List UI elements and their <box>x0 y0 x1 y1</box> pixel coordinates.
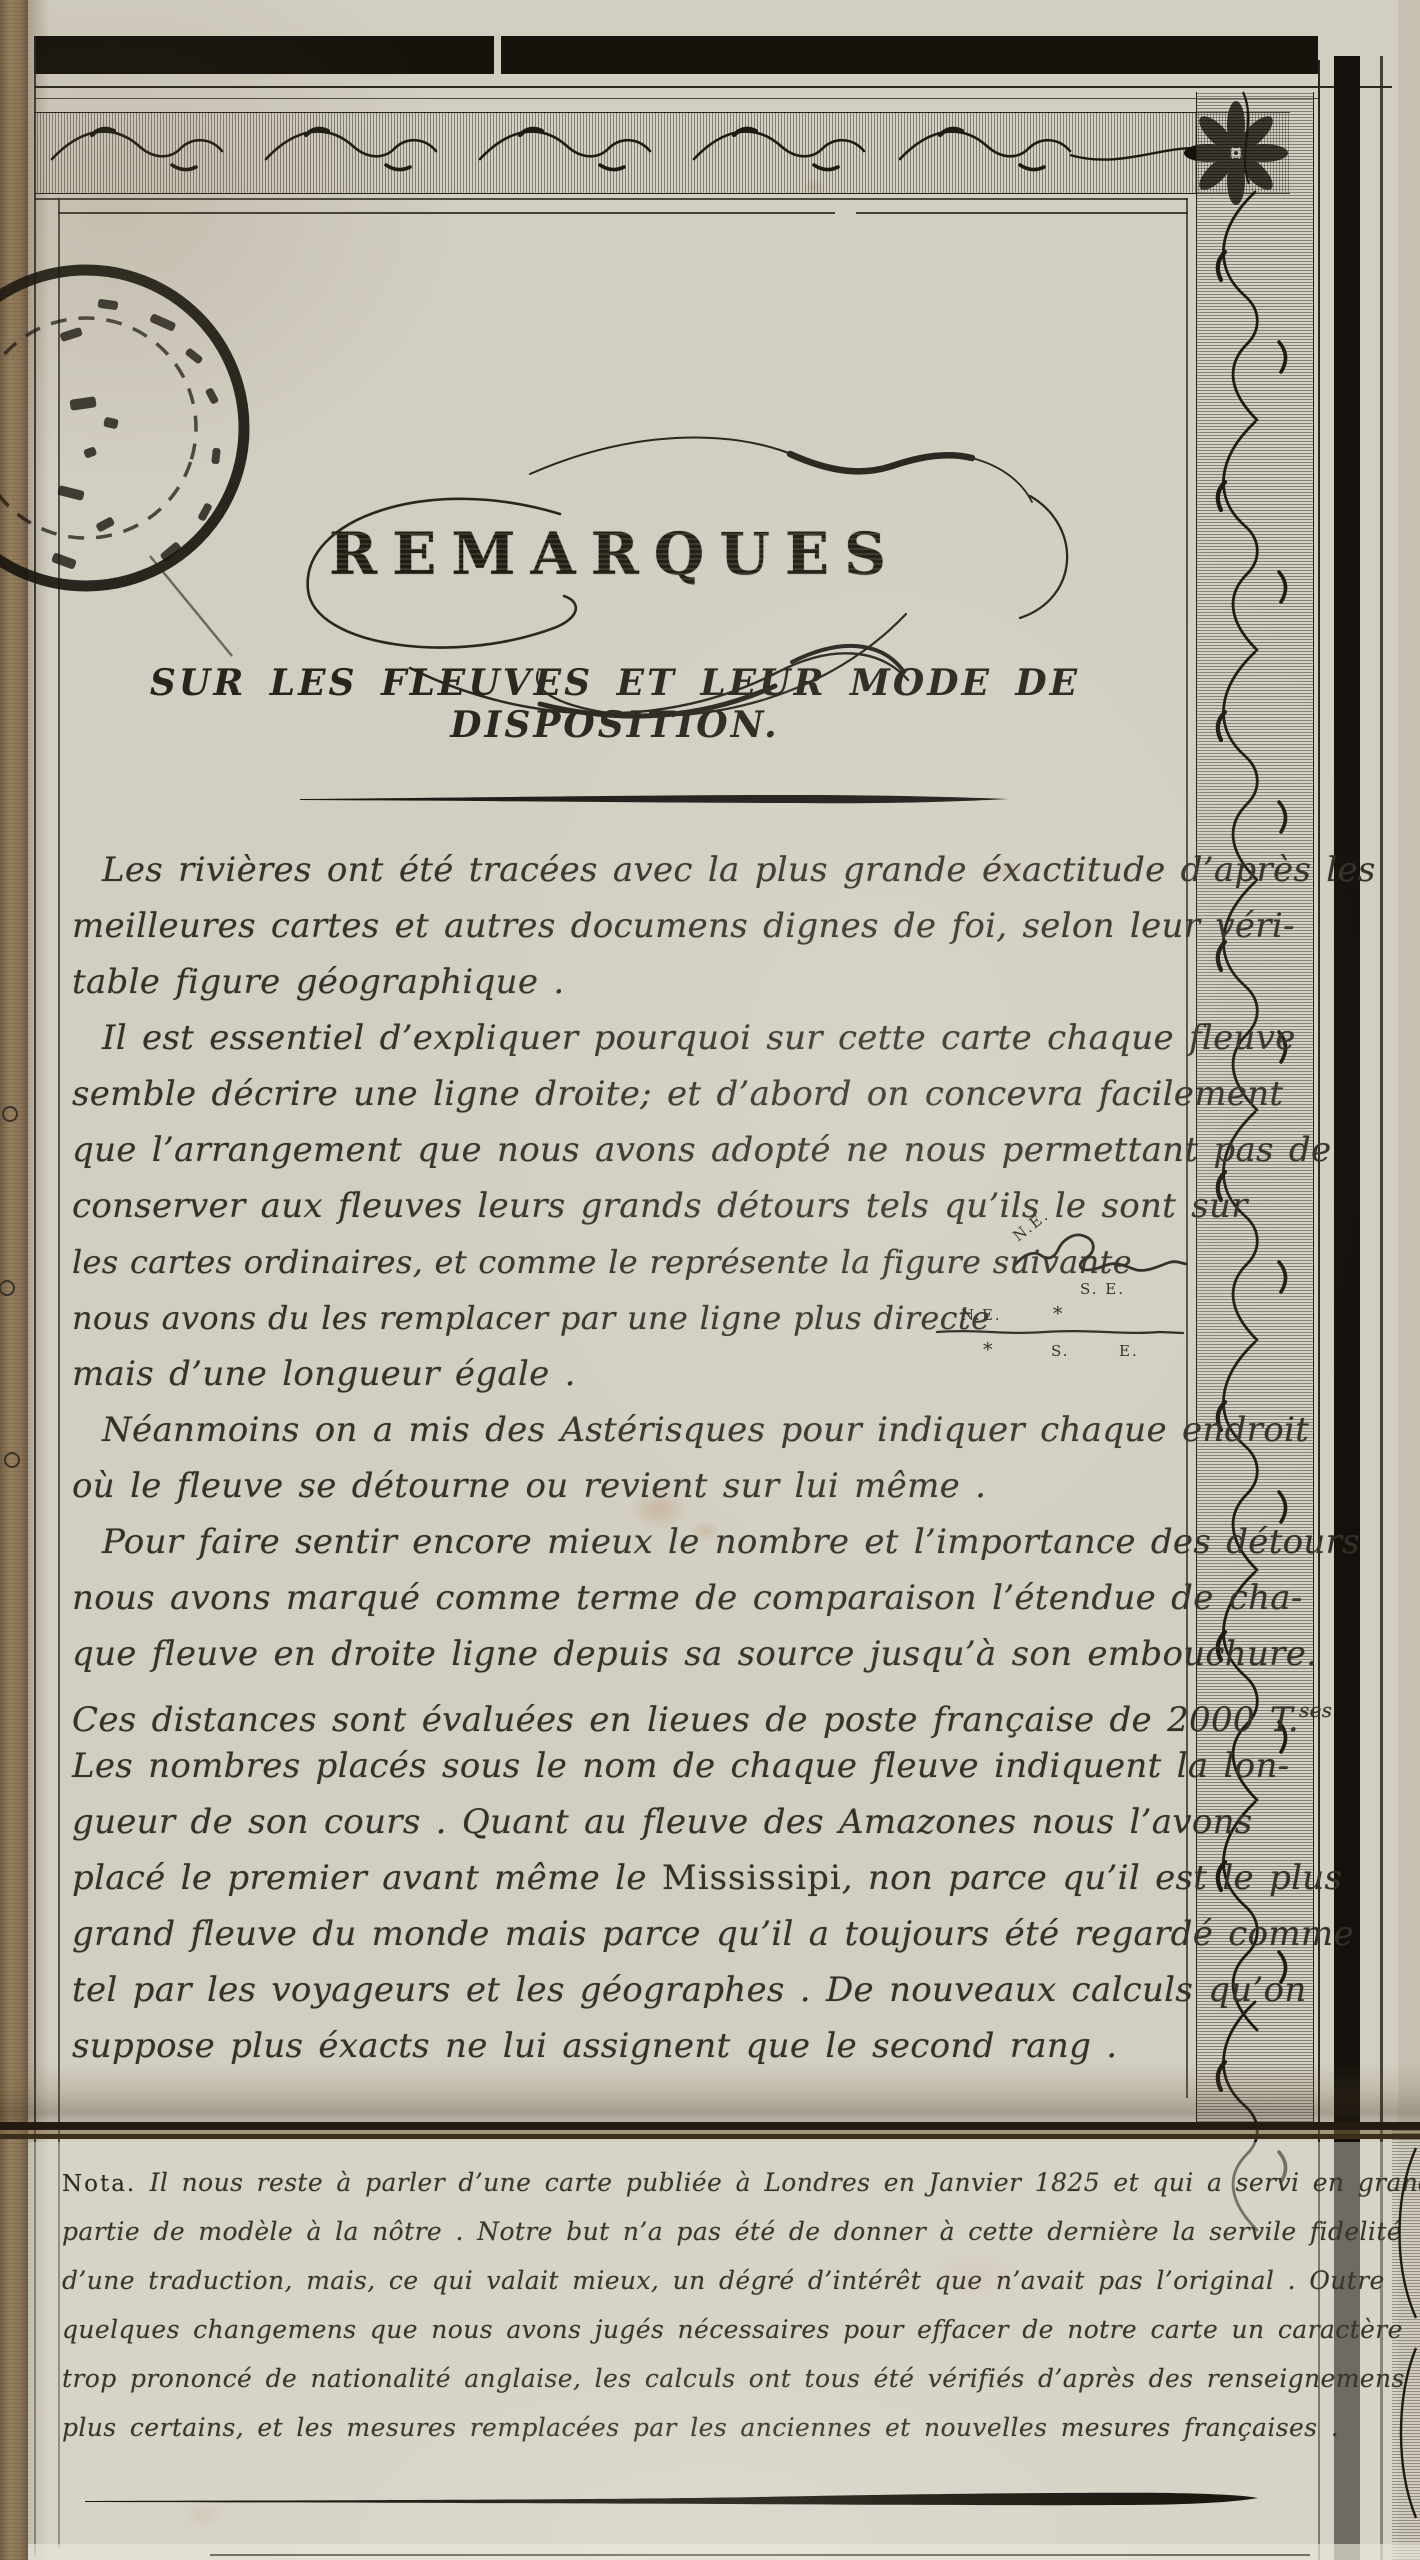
toises-text: Ces distances sont évaluées en lieues de… <box>72 1700 1299 1740</box>
nota-line: plus certains, et les mesures remplacées… <box>62 2403 1362 2452</box>
page-subtitle: SUR LES FLEUVES ET LEUR MODE DE DISPOSIT… <box>0 662 1230 746</box>
asterisk-icon: * <box>983 1339 993 1361</box>
bottom-edge-strip <box>28 2544 1420 2560</box>
meander-se-label: S. E. <box>1080 1280 1125 1298</box>
document-page: REMARQUES SUR LES FLEUVES ET LEUR MODE D… <box>0 0 1420 2560</box>
body-line: meilleures cartes et autres documens dig… <box>72 898 1188 954</box>
meander-ne-label: N.E. <box>1009 1206 1052 1245</box>
body-line: Néanmoins on a mis des Astérisques pour … <box>72 1402 1188 1458</box>
nota-line: Nota. Il nous reste à parler d’une carte… <box>62 2158 1362 2207</box>
scroll-ornament <box>34 113 1290 193</box>
margin-mark <box>4 1452 20 1468</box>
margin-mark <box>2 1106 18 1122</box>
fold-rule-top <box>0 2122 1420 2130</box>
body-line: où le fleuve se détourne ou revient sur … <box>72 1458 1188 1514</box>
fold-crease <box>0 2062 1420 2124</box>
body-line: nous avons marqué comme terme de compara… <box>72 1570 1188 1626</box>
nota-block: Nota. Il nous reste à parler d’une carte… <box>62 2158 1362 2452</box>
bottom-swelled-rule <box>0 2488 1420 2510</box>
fold-break <box>494 34 501 76</box>
body-line: que l’arrangement que nous avons adopté … <box>72 1122 1188 1178</box>
body-line: Les rivières ont été tracées avec la plu… <box>72 842 1188 898</box>
nota-line: quelques changemens que nous avons jugés… <box>62 2305 1362 2354</box>
body-line: Il est essentiel d’expliquer pourquoi su… <box>72 1010 1188 1066</box>
page-title-text: REMARQUES <box>329 520 901 588</box>
body-line: gueur de son cours . Quant au fleuve des… <box>72 1794 1188 1850</box>
page-title: REMARQUES <box>0 520 1230 588</box>
body-line-mississipi: placé le premier avant même le Mississip… <box>72 1850 1188 1906</box>
top-rule <box>34 86 1392 88</box>
top-rule-thin <box>34 98 1318 99</box>
body-line: que fleuve en droite ligne depuis sa sou… <box>72 1626 1188 1682</box>
toises-superscript: ses <box>1299 1698 1332 1722</box>
body-line: semble décrire une ligne droite; et d’ab… <box>72 1066 1188 1122</box>
inner-frame-top <box>34 198 1188 200</box>
nota-line: d’une traduction, mais, ce qui valait mi… <box>62 2256 1362 2305</box>
fold-rule-bottom <box>0 2134 1420 2139</box>
straight-s-label: S. <box>1051 1342 1070 1360</box>
inner-frame-top2a <box>58 212 835 214</box>
top-black-band <box>34 36 1318 74</box>
bottom-edge-line <box>210 2554 1310 2556</box>
body-line: Pour faire sentir encore mieux le nombre… <box>72 1514 1188 1570</box>
body-line: Les nombres placés sous le nom de chaque… <box>72 1738 1188 1794</box>
mississipi-word: Mississipi <box>662 1858 842 1898</box>
straight-e-label: E. <box>1119 1342 1139 1360</box>
top-ornament-band <box>34 112 1290 194</box>
nota-text: Il nous reste à parler d’une carte publi… <box>150 2168 1420 2197</box>
asterisk-icon: * <box>1053 1303 1063 1325</box>
nota-line: trop prononcé de nationalité anglaise, l… <box>62 2354 1362 2403</box>
body-line: table figure géographique . <box>72 954 1188 1010</box>
mississipi-pre: placé le premier avant même le <box>72 1858 662 1898</box>
body-line: grand fleuve du monde mais parce qu’il a… <box>72 1906 1188 1962</box>
straight-ne-label: N.E. <box>961 1306 1002 1324</box>
straight-river-figure: N.E. * * S. E. <box>935 1300 1185 1362</box>
body-line: tel par les voyageurs et les géographes … <box>72 1962 1188 2018</box>
meander-river-figure: N.E. S. E. <box>1008 1212 1188 1304</box>
mississipi-post: , non parce qu’il est le plus <box>842 1858 1343 1898</box>
nota-line: partie de modèle à la nôtre . Notre but … <box>62 2207 1362 2256</box>
inner-frame-top2b <box>856 212 1188 214</box>
body-text: Les rivières ont été tracées avec la plu… <box>72 842 1188 2074</box>
body-line-toises: Ces distances sont évaluées en lieues de… <box>72 1682 1188 1738</box>
divider-rule <box>0 792 1420 808</box>
nota-label: Nota. <box>62 2171 136 2197</box>
